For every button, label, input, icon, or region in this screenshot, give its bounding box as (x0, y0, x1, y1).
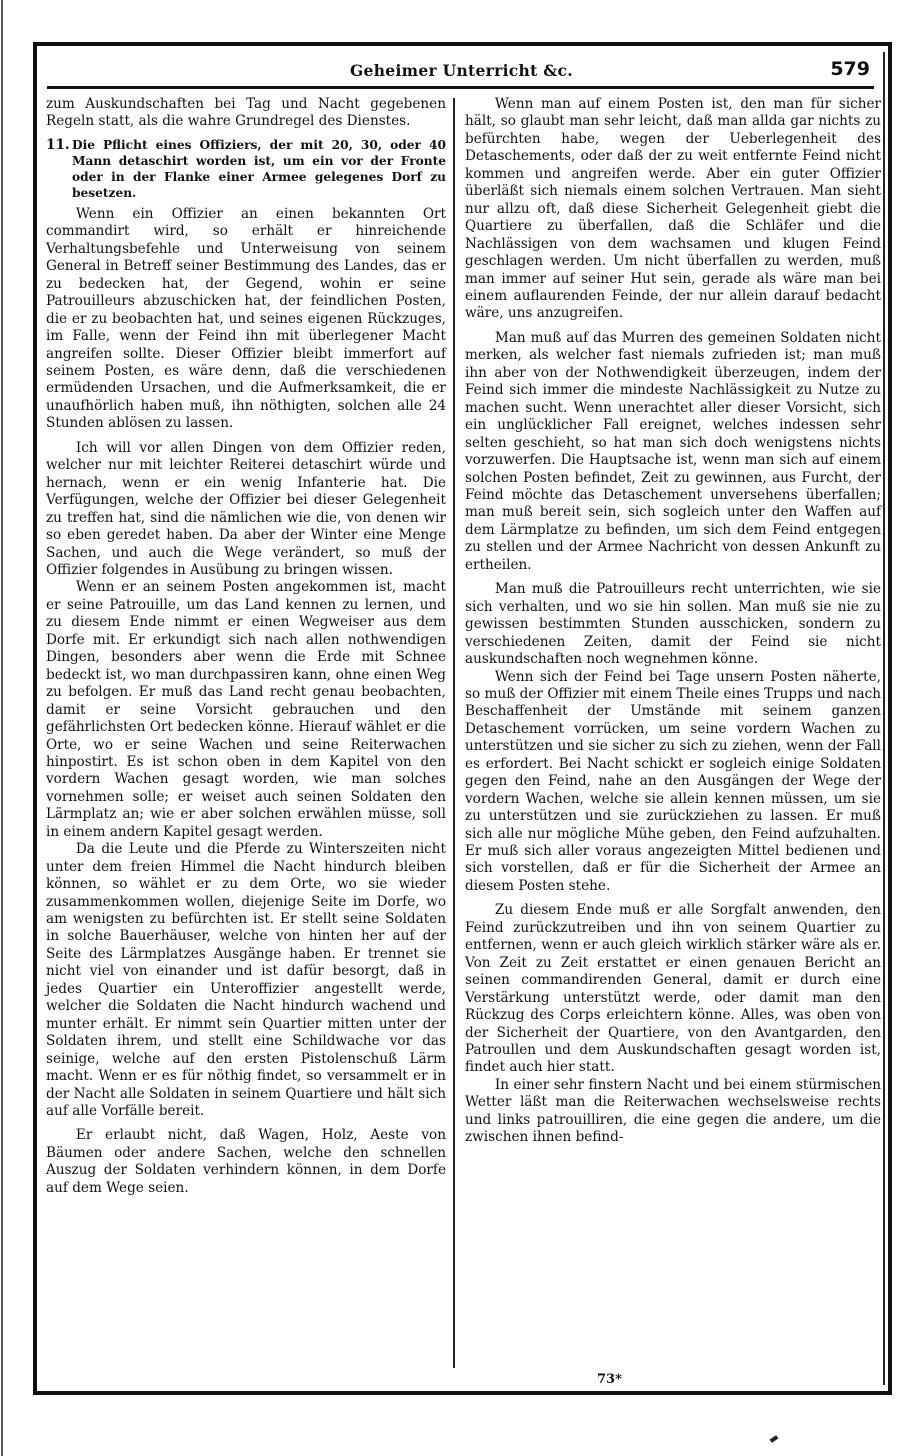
scan-edge-line (1, 0, 3, 1456)
header-rule (47, 86, 874, 89)
paragraph: Wenn man auf einem Posten ist, den man f… (465, 96, 881, 323)
paragraph: Man muß auf das Murren des gemeinen Sold… (465, 330, 881, 574)
paragraph: Er erlaubt nicht, daß Wagen, Holz, Aeste… (46, 1127, 446, 1197)
page-frame: Geheimer Unterricht &c. 579 zum Auskunds… (33, 42, 892, 1395)
paragraph: In einer sehr finstern Nacht und bei ein… (465, 1077, 881, 1147)
paragraph: Wenn er an seinem Posten angekommen ist,… (46, 579, 446, 841)
paragraph: Man muß die Patrouilleurs recht unterric… (465, 581, 881, 668)
right-column: Wenn man auf einem Posten ist, den man f… (465, 96, 881, 1147)
scan-speck (770, 1435, 779, 1443)
paragraph: Wenn ein Offizier an einen bekannten Ort… (46, 206, 446, 433)
signature-mark: 73* (597, 1372, 622, 1387)
section-heading: 11.Die Pflicht eines Offiziers, der mit … (46, 137, 446, 201)
section-number: 11. (46, 137, 72, 153)
paragraph: Ich will vor allen Dingen von dem Offizi… (46, 440, 446, 580)
continuation-paragraph: zum Auskundschaften bei Tag und Nacht ge… (46, 96, 446, 131)
page-header: Geheimer Unterricht &c. 579 (49, 52, 874, 86)
running-title: Geheimer Unterricht &c. (49, 61, 874, 80)
column-divider (453, 98, 455, 1368)
paragraph: Wenn sich der Feind bei Tage unsern Post… (465, 669, 881, 896)
section-title: Die Pflicht eines Offiziers, der mit 20,… (72, 138, 446, 200)
frame-inner-rule (883, 52, 885, 1385)
page-number: 579 (830, 58, 870, 80)
paragraph: Da die Leute und die Pferde zu Wintersze… (46, 841, 446, 1120)
left-column: zum Auskundschaften bei Tag und Nacht ge… (46, 96, 446, 1197)
paragraph: Zu diesem Ende muß er alle Sorgfalt anwe… (465, 902, 881, 1077)
